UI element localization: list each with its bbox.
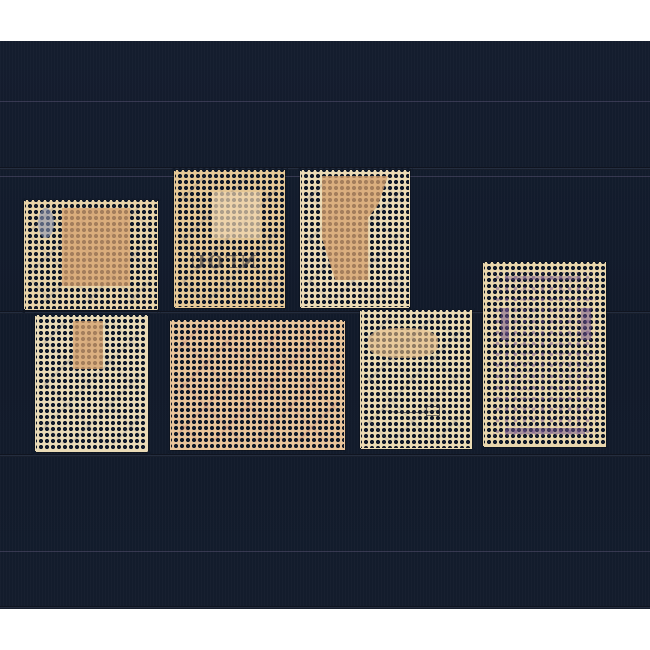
stamp-1[interactable]: [24, 200, 158, 310]
stain: [38, 208, 54, 238]
strip-glint: [0, 101, 650, 102]
stockbook-strip-4: [0, 606, 650, 609]
hinge-remnant: [62, 208, 130, 286]
stamp-6[interactable]: [360, 310, 472, 449]
stockbook-strip-3: [0, 454, 650, 457]
stamp-3[interactable]: [300, 170, 410, 308]
stamp-4[interactable]: [35, 315, 148, 452]
hinge-remnant: [368, 328, 438, 358]
stamp-5[interactable]: [170, 320, 345, 450]
overprint-bar: [501, 308, 509, 340]
overprint-show-through: NΓOU: [188, 252, 257, 273]
hinge-remnant: [73, 321, 103, 369]
watermark: [178, 328, 337, 442]
overprint-bar: [581, 308, 591, 340]
overprint-bar: [505, 276, 581, 280]
stamp-2[interactable]: NΓOU: [174, 170, 285, 308]
stamp-7[interactable]: [483, 262, 606, 447]
pencil-mark: [426, 406, 440, 416]
violet-overprint-show-through: [493, 272, 596, 437]
strip-glint: [0, 551, 650, 552]
overprint-bar: [505, 428, 585, 434]
hinge-remnant: [212, 192, 260, 238]
